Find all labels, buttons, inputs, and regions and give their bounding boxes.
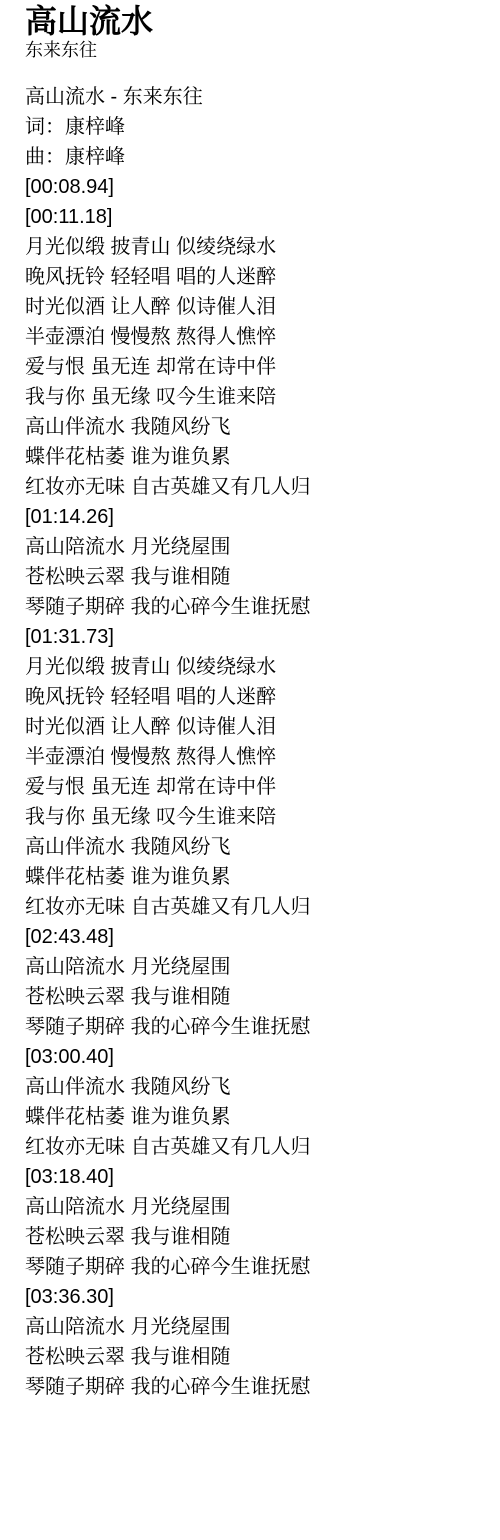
lyric-line: 高山伴流水 我随风纷飞	[25, 832, 485, 862]
lyric-line: 琴随子期碎 我的心碎今生谁抚慰	[25, 1012, 485, 1042]
lyric-line: 苍松映云翠 我与谁相随	[25, 982, 485, 1012]
lyric-line: 蝶伴花枯萎 谁为谁负累	[25, 862, 485, 892]
lyric-line: 月光似缎 披青山 似绫绕绿水	[25, 232, 485, 262]
song-artist: 东来东往	[25, 38, 485, 62]
lyric-line: [01:14.26]	[25, 502, 485, 532]
lyric-line: 我与你 虽无缘 叹今生谁来陪	[25, 802, 485, 832]
lyric-line: [00:08.94]	[25, 172, 485, 202]
lyrics-block: 高山流水 - 东来东往词：康梓峰曲：康梓峰[00:08.94][00:11.18…	[25, 82, 485, 1402]
lyric-line: 蝶伴花枯萎 谁为谁负累	[25, 442, 485, 472]
lyric-line: 琴随子期碎 我的心碎今生谁抚慰	[25, 1372, 485, 1402]
lyric-line: 曲：康梓峰	[25, 142, 485, 172]
lyric-line: 我与你 虽无缘 叹今生谁来陪	[25, 382, 485, 412]
lyric-line: 半壶漂泊 慢慢熬 熬得人憔悴	[25, 322, 485, 352]
lyric-line: 晚风抚铃 轻轻唱 唱的人迷醉	[25, 262, 485, 292]
lyric-line: 苍松映云翠 我与谁相随	[25, 1342, 485, 1372]
lyric-line: 高山流水 - 东来东往	[25, 82, 485, 112]
lyric-line: 高山陪流水 月光绕屋围	[25, 952, 485, 982]
lyric-line: 高山陪流水 月光绕屋围	[25, 1312, 485, 1342]
lyric-line: 红妆亦无味 自古英雄又有几人归	[25, 892, 485, 922]
lyric-line: 爱与恨 虽无连 却常在诗中伴	[25, 352, 485, 382]
lyric-line: 晚风抚铃 轻轻唱 唱的人迷醉	[25, 682, 485, 712]
lyric-line: 苍松映云翠 我与谁相随	[25, 1222, 485, 1252]
lyric-line: 蝶伴花枯萎 谁为谁负累	[25, 1102, 485, 1132]
lyric-line: 时光似酒 让人醉 似诗催人泪	[25, 292, 485, 322]
lyric-line: 时光似酒 让人醉 似诗催人泪	[25, 712, 485, 742]
lyric-line: 高山伴流水 我随风纷飞	[25, 412, 485, 442]
song-title: 高山流水	[25, 0, 485, 38]
lyric-line: 半壶漂泊 慢慢熬 熬得人憔悴	[25, 742, 485, 772]
lyric-line: [01:31.73]	[25, 622, 485, 652]
lyric-line: 高山陪流水 月光绕屋围	[25, 1192, 485, 1222]
lyric-line: 高山伴流水 我随风纷飞	[25, 1072, 485, 1102]
lyric-line: 琴随子期碎 我的心碎今生谁抚慰	[25, 1252, 485, 1282]
lyric-line: [00:11.18]	[25, 202, 485, 232]
lyric-line: 爱与恨 虽无连 却常在诗中伴	[25, 772, 485, 802]
lyric-line: 红妆亦无味 自古英雄又有几人归	[25, 472, 485, 502]
lyric-line: [03:00.40]	[25, 1042, 485, 1072]
lyric-line: 词：康梓峰	[25, 112, 485, 142]
lyric-line: [03:36.30]	[25, 1282, 485, 1312]
lyric-line: [03:18.40]	[25, 1162, 485, 1192]
lyric-line: 红妆亦无味 自古英雄又有几人归	[25, 1132, 485, 1162]
lyric-line: 月光似缎 披青山 似绫绕绿水	[25, 652, 485, 682]
lyric-line: 苍松映云翠 我与谁相随	[25, 562, 485, 592]
lyrics-page: 高山流水 东来东往 高山流水 - 东来东往词：康梓峰曲：康梓峰[00:08.94…	[0, 0, 500, 1402]
lyric-line: 琴随子期碎 我的心碎今生谁抚慰	[25, 592, 485, 622]
lyric-line: 高山陪流水 月光绕屋围	[25, 532, 485, 562]
lyric-line: [02:43.48]	[25, 922, 485, 952]
